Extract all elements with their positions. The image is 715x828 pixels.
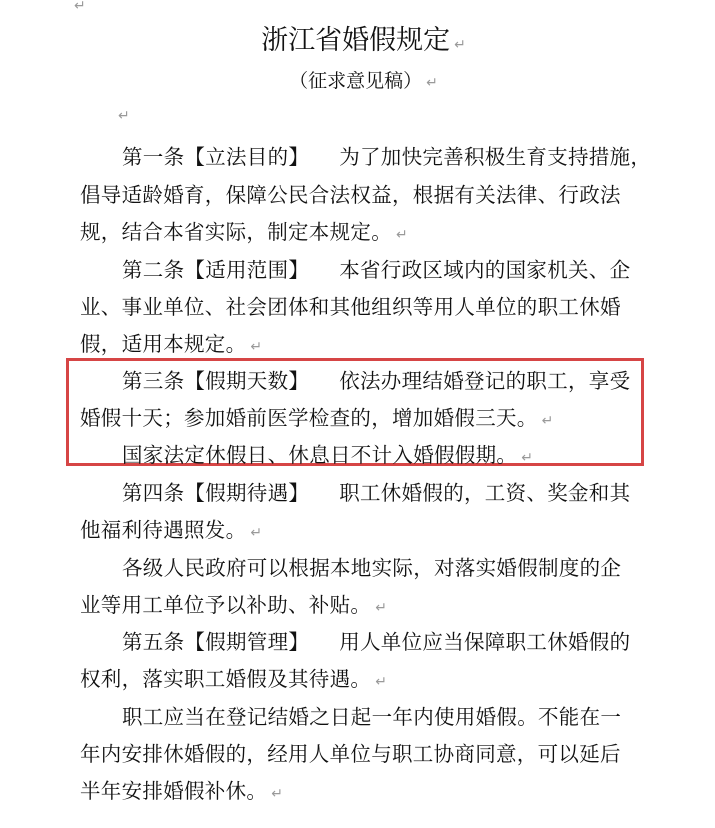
article-text: 业等用工单位予以补助、补贴。 (80, 593, 371, 617)
article-3-extra: 国家法定休假日、休息日不计入婚假假期。↵ (122, 443, 533, 470)
article-4-line-2: 他福利待遇照发。↵ (80, 518, 262, 545)
article-heading: 第五条【假期管理】 (122, 630, 309, 654)
paragraph-mark: ↵ (542, 413, 554, 429)
article-3-line-1: 第三条【假期天数】依法办理结婚登记的职工，享受 (122, 369, 630, 393)
article-4-extra-line-1: 各级人民政府可以根据本地实际，对落实婚假制度的企 (122, 556, 621, 580)
article-1-line-1: 第一条【立法目的】为了加快完善积极生育支持措施， (122, 145, 651, 169)
article-text: 权利，落实职工婚假及其待遇。 (80, 667, 371, 691)
article-5-line-2: 权利，落实职工婚假及其待遇。↵ (80, 667, 387, 694)
paragraph-mark: ↵ (375, 674, 387, 690)
article-text: 他福利待遇照发。 (80, 518, 246, 542)
article-1-line-2: 倡导适龄婚育，保障公民合法权益，根据有关法律、行政法 (80, 183, 621, 207)
article-4-line-1: 第四条【假期待遇】职工休婚假的，工资、奖金和其 (122, 481, 630, 505)
article-heading: 第三条【假期天数】 (122, 369, 309, 393)
paragraph-mark: ↵ (521, 450, 533, 466)
paragraph-mark: ↵ (271, 786, 283, 802)
article-4-extra-line-2: 业等用工单位予以补助、补贴。↵ (80, 593, 387, 620)
article-heading: 第二条【适用范围】 (122, 258, 309, 282)
article-text: 用人单位应当保障职工休婚假的 (339, 630, 630, 654)
article-text: 本省行政区域内的国家机关、企 (339, 258, 630, 282)
article-text: 国家法定休假日、休息日不计入婚假假期。 (122, 443, 517, 467)
article-heading: 第一条【立法目的】 (122, 145, 309, 169)
article-3-line-2: 婚假十天；参加婚前医学检查的，增加婚假三天。↵ (80, 406, 554, 433)
article-1-line-3: 规，结合本省实际，制定本规定。↵ (80, 220, 408, 247)
article-5-extra-line-2: 年内安排休婚假的，经用人单位与职工协商同意，可以延后 (80, 742, 621, 766)
article-heading: 第四条【假期待遇】 (122, 481, 309, 505)
article-text: 规，结合本省实际，制定本规定。 (80, 220, 392, 244)
article-text: 为了加快完善积极生育支持措施， (339, 145, 651, 169)
paragraph-mark: ↵ (454, 37, 466, 53)
article-text: 婚假十天；参加婚前医学检查的，增加婚假三天。 (80, 406, 538, 430)
paragraph-mark: ↵ (375, 600, 387, 616)
subtitle-text: （征求意见稿） (289, 70, 422, 92)
article-5-extra-line-3: 半年安排婚假补休。↵ (80, 779, 283, 806)
article-text: 依法办理结婚登记的职工，享受 (339, 369, 630, 393)
paragraph-mark: ↵ (250, 339, 262, 355)
paragraph-mark: ↵ (74, 0, 86, 14)
document-subtitle: （征求意见稿）↵ (0, 68, 715, 96)
article-2-line-2: 业、事业单位、社会团体和其他组织等用人单位的职工休婚 (80, 295, 621, 319)
paragraph-mark: ↵ (426, 75, 438, 91)
paragraph-mark: ↵ (250, 525, 262, 541)
article-2-line-3: 假，适用本规定。↵ (80, 332, 262, 359)
article-2-line-1: 第二条【适用范围】本省行政区域内的国家机关、企 (122, 258, 630, 282)
paragraph-mark: ↵ (396, 227, 408, 243)
article-5-extra-line-1: 职工应当在登记结婚之日起一年内使用婚假。不能在一 (122, 705, 621, 729)
document-title: 浙江省婚假规定↵ (0, 24, 715, 62)
paragraph-mark: ↵ (118, 108, 130, 124)
title-text: 浙江省婚假规定 (261, 25, 450, 56)
article-text: 假，适用本规定。 (80, 332, 246, 356)
article-text: 职工休婚假的，工资、奖金和其 (339, 481, 630, 505)
article-text: 半年安排婚假补休。 (80, 779, 267, 803)
article-5-line-1: 第五条【假期管理】用人单位应当保障职工休婚假的 (122, 630, 630, 654)
